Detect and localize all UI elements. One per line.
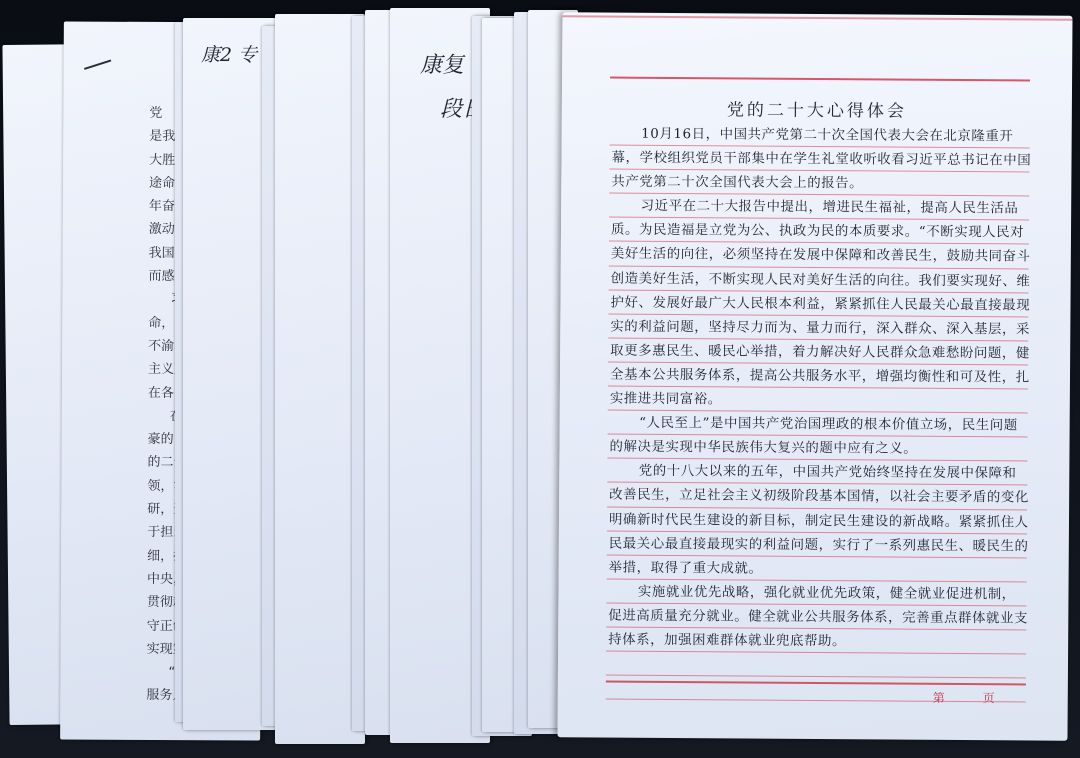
page-label-left: 第 xyxy=(933,691,947,705)
photo-scene: 党是我党大胜利途命运年奋斗激动的我国所而感到习近命，务不渝、主义建在各自在豪的同… xyxy=(0,0,1080,758)
essay-body: 10月16日，中国共产党第二十次全国代表大会在北京隆重开幕，学校组织党员干部集中… xyxy=(608,123,1032,656)
ruling-header xyxy=(610,77,1030,82)
essay-paragraph: 10月16日，中国共产党第二十次全国代表大会在北京隆重开幕，学校组织党员干部集中… xyxy=(611,123,1031,198)
page-number-label: 第 页 xyxy=(933,689,997,706)
essay-paragraph: “人民至上”是中国共产党治国理政的根本价值立场，民生问题的解决是实现中华民族伟大… xyxy=(609,412,1029,463)
ruling-footer xyxy=(606,681,1026,686)
essay-paragraph: 习近平在二十大报告中提出，增进民生福祉，提高人民生活品质。为民造福是立党为公、执… xyxy=(610,195,1032,415)
essay-paragraph: 实施就业优先战略，强化就业优先政策，健全就业促进机制，促进高质量充分就业。健全就… xyxy=(608,580,1028,655)
cover-label-a: 康2 专 xyxy=(201,40,257,67)
pen-dash-mark xyxy=(84,59,111,69)
essay-title: 党的二十大心得体会 xyxy=(562,94,1072,123)
ruled-line xyxy=(606,675,1026,679)
ruling-top xyxy=(563,15,1073,20)
page-label-right: 页 xyxy=(983,691,997,705)
cover-label-b-line1: 康复 xyxy=(420,48,464,79)
essay-sheet: 党的二十大心得体会 10月16日，中国共产党第二十次全国代表大会在北京隆重开幕，… xyxy=(557,12,1072,741)
essay-paragraph: 党的十八大以来的五年，中国共产党始终坚持在发展中保障和改善民生，立足社会主义初级… xyxy=(609,460,1030,583)
